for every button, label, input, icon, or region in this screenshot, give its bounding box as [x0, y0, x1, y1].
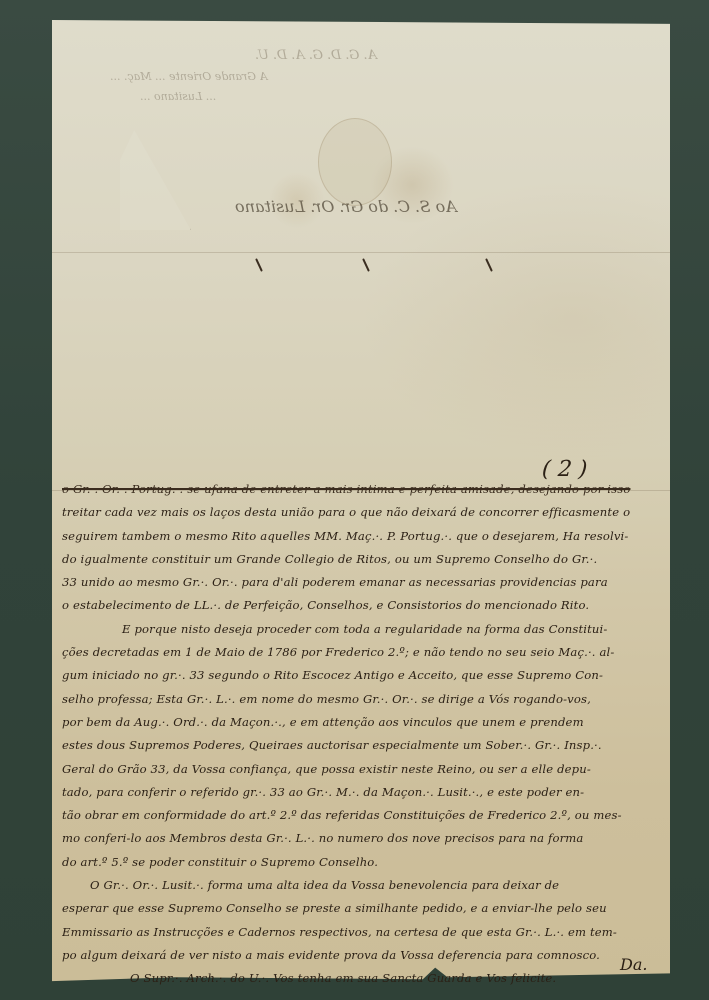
text-line: 33 unido ao mesmo Gr.·. Or.·. para d'ali…: [62, 571, 672, 594]
text-line: estes dous Supremos Poderes, Queiraes au…: [62, 734, 672, 757]
text-line: Emmissario as Instrucções e Cadernos res…: [62, 921, 672, 944]
text-line: o Gr.·. Or.·. Portug.·. se ufana de entr…: [62, 478, 672, 501]
paper-fold-line: [52, 252, 670, 253]
text-line: mo conferi-lo aos Membros desta Gr.·. L.…: [62, 827, 672, 850]
text-line: gum iniciado no gr.·. 33 segundo o Rito …: [62, 664, 672, 687]
text-line: do igualmente constituir um Grande Colle…: [62, 548, 672, 571]
text-line: do art.º 5.º se poder constituir o Supre…: [62, 851, 672, 874]
bleed-through-line-1: A Grande Oriente ... Maç. ...: [110, 70, 267, 83]
text-line: por bem da Aug.·. Ord.·. da Maçon.·., e …: [62, 711, 672, 734]
text-line: po algum deixará de ver nisto a mais evi…: [62, 944, 672, 967]
text-line: seguirem tambem o mesmo Rito aquelles MM…: [62, 525, 672, 548]
bleed-through-heading: A. G. D. G. A. D. U.: [255, 48, 377, 63]
letter-body: o Gr.·. Or.·. Portug.·. se ufana de entr…: [62, 478, 672, 991]
bleed-through-address: Ao S. C. do Gr. Or. Lusitano: [235, 197, 457, 216]
text-line: O Supr.·. Arch.·. do U.·. Vos tenha em s…: [62, 967, 672, 990]
text-line: o estabelecimento de LL.·. de Perfeição,…: [62, 594, 672, 617]
closing-abbreviation: Da.: [620, 955, 647, 974]
wax-seal-stain: [318, 118, 392, 206]
text-line: selho professa; Esta Gr.·. L.·. em nome …: [62, 688, 672, 711]
text-line: treitar cada vez mais os laços desta uni…: [62, 501, 672, 524]
text-line: tado, para conferir o referido gr.·. 33 …: [62, 781, 672, 804]
text-line: tão obrar em conformidade do art.º 2.º d…: [62, 804, 672, 827]
text-line: esperar que esse Supremo Conselho se pre…: [62, 897, 672, 920]
text-line: E porque nisto deseja proceder com toda …: [62, 618, 672, 641]
text-line: O Gr.·. Or.·. Lusit.·. forma uma alta id…: [62, 874, 672, 897]
text-line: Geral do Grão 33, da Vossa confiança, qu…: [62, 758, 672, 781]
bleed-through-line-2: ... Lusitano ...: [140, 90, 216, 103]
text-line: ções decretadas em 1 de Maio de 1786 por…: [62, 641, 672, 664]
